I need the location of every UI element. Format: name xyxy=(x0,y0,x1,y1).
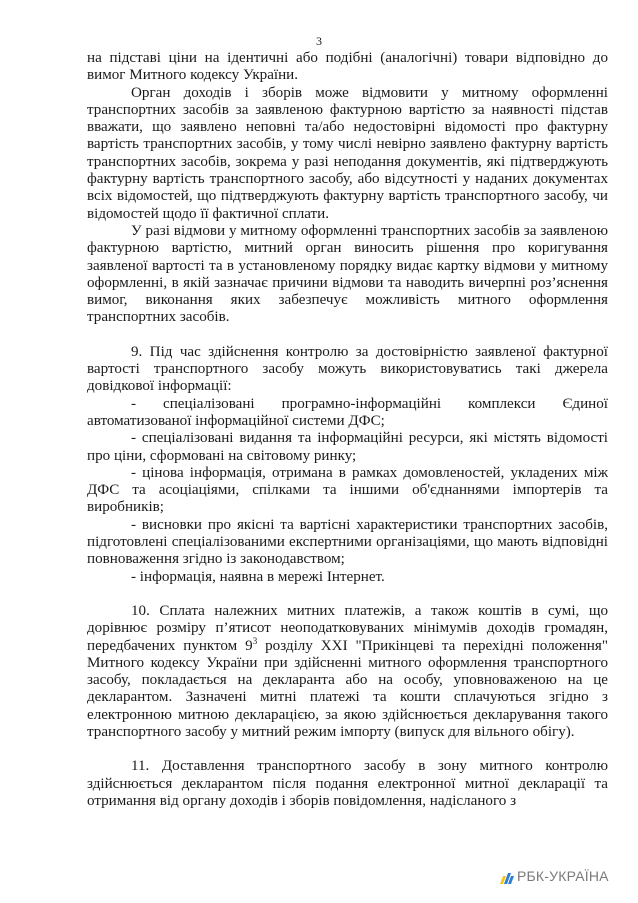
watermark-text: РБК-УКРАЇНА xyxy=(517,868,609,884)
rbc-ukraine-watermark: РБК-УКРАЇНА xyxy=(500,868,609,884)
paragraph-gap xyxy=(87,327,608,344)
clause-10: 10. Сплата належних митних платежів, а т… xyxy=(87,603,608,741)
rbc-logo-icon xyxy=(500,871,514,882)
document-body: на підставі ціни на ідентичні або подібн… xyxy=(87,50,608,810)
paragraph-continuation: на підставі ціни на ідентичні або подібн… xyxy=(87,50,608,85)
paragraph-refusal-grounds: Орган доходів і зборів може відмовити у … xyxy=(87,85,608,223)
page-number: 3 xyxy=(0,34,638,49)
list-item: - спеціалізовані видання та інформаційні… xyxy=(87,430,608,465)
list-item: - висновки про якісні та вартісні характ… xyxy=(87,517,608,569)
list-item: - спеціалізовані програмно-інформаційні … xyxy=(87,396,608,431)
paragraph-gap xyxy=(87,741,608,758)
clause-11: 11. Доставлення транспортного засобу в з… xyxy=(87,758,608,810)
list-item: - інформація, наявна в мережі Інтернет. xyxy=(87,569,608,586)
paragraph-gap xyxy=(87,586,608,603)
paragraph-refusal-procedure: У разі відмови у митному оформленні тран… xyxy=(87,223,608,327)
clause-9: 9. Під час здійснення контролю за достов… xyxy=(87,344,608,396)
list-item: - цінова інформація, отримана в рамках д… xyxy=(87,465,608,517)
